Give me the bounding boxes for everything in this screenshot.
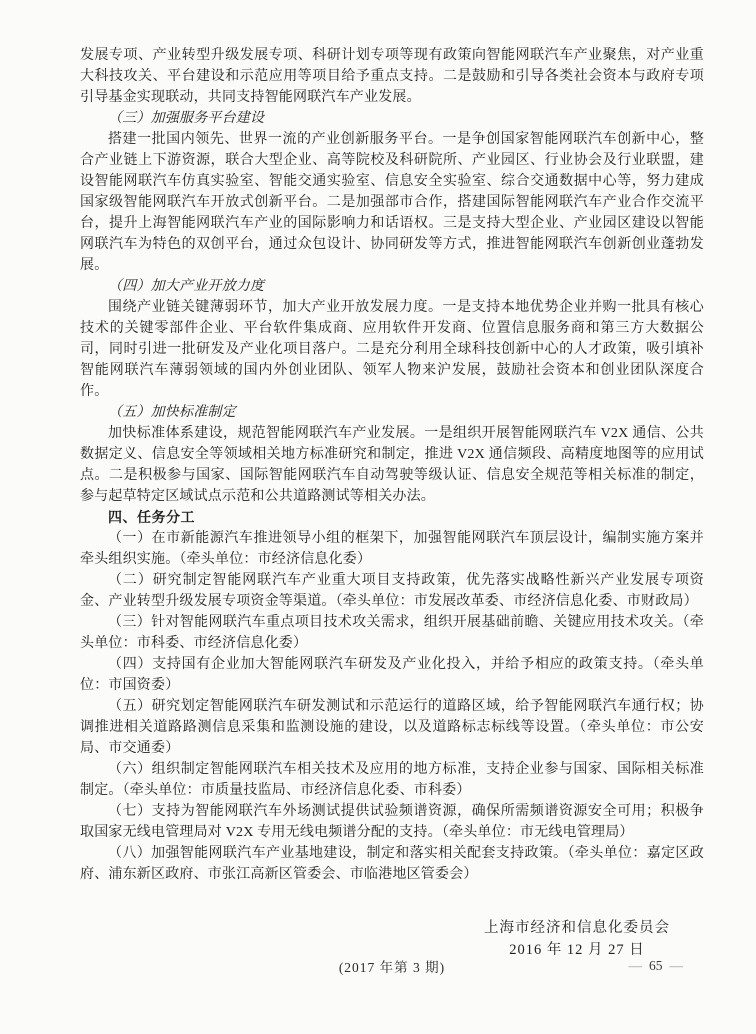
section-heading: （五）加快标准制定 <box>80 402 704 423</box>
paragraph: 加快标准体系建设，规范智能网联汽车产业发展。一是组织开展智能网联汽车 V2X 通… <box>80 423 704 507</box>
page-footer: (2017 年第 3 期) —65— <box>80 956 704 976</box>
paragraph: （六）组织制定智能网联汽车相关技术及应用的地方标准，支持企业参与国家、国际相关标… <box>80 759 704 801</box>
paragraph: （七）支持为智能网联汽车外场测试提供试验频谱资源，确保所需频谱资源安全可用；积极… <box>80 801 704 843</box>
paragraph: 发展专项、产业转型升级发展专项、科研计划专项等现有政策向智能网联汽车产业聚焦，对… <box>80 45 704 108</box>
paragraph: （三）针对智能网联汽车重点项目技术攻关需求，组织开展基础前瞻、关键应用技术攻关。… <box>80 612 704 654</box>
page-number: —65— <box>445 958 704 974</box>
paragraph: （二）研究制定智能网联汽车产业重大项目支持政策，优先落实战略性新兴产业发展专项资… <box>80 570 704 612</box>
document-body: 发展专项、产业转型升级发展专项、科研计划专项等现有政策向智能网联汽车产业聚焦，对… <box>80 45 704 961</box>
paragraph: （四）支持国有企业加大智能网联汽车研发及产业化投入，并给予相应的政策支持。（牵头… <box>80 654 704 696</box>
paragraph: （八）加强智能网联汽车产业基地建设，制定和落实相关配套支持政策。（牵头单位：嘉定… <box>80 843 704 885</box>
paragraph: 围绕产业链关键薄弱环节，加大产业开放发展力度。一是支持本地优势企业并购一批具有核… <box>80 297 704 402</box>
page-number-value: 65 <box>649 958 663 973</box>
scanned-document-page: 发展专项、产业转型升级发展专项、科研计划专项等现有政策向智能网联汽车产业聚焦，对… <box>0 0 756 1034</box>
signature-inner: 上海市经济和信息化委员会2016 年 12 月 27 日 <box>484 917 670 961</box>
issue-label: (2017 年第 3 期) <box>339 956 445 976</box>
major-heading: 四、任务分工 <box>80 507 704 528</box>
signature-block: 上海市经济和信息化委员会2016 年 12 月 27 日 <box>80 917 704 961</box>
signature-organization: 上海市经济和信息化委员会 <box>484 917 670 939</box>
section-heading: （四）加大产业开放力度 <box>80 276 704 297</box>
paragraph: （一）在市新能源汽车推进领导小组的框架下，加强智能网联汽车顶层设计，编制实施方案… <box>80 528 704 570</box>
page-number-right-dash: — <box>663 958 691 973</box>
paragraph: （五）研究划定智能网联汽车研发测试和示范运行的道路区域，给予智能网联汽车通行权；… <box>80 696 704 759</box>
paragraph: 搭建一批国内领先、世界一流的产业创新服务平台。一是争创国家智能网联汽车创新中心，… <box>80 129 704 276</box>
page-number-left-dash: — <box>622 958 650 973</box>
section-heading: （三）加强服务平台建设 <box>80 108 704 129</box>
